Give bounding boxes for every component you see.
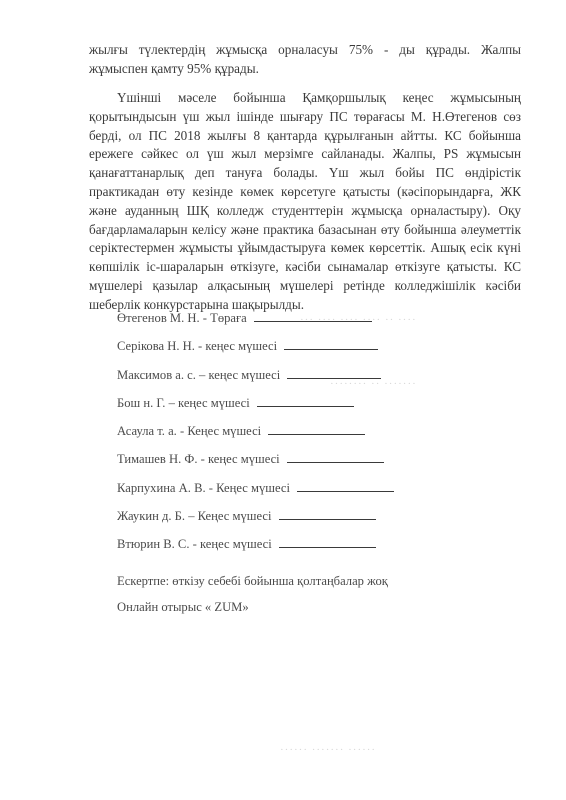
signature-row: Карпухина А. В. - Кеңес мүшесі	[117, 479, 394, 507]
signatory-name: Жаукин д. Б. – Кеңес мүшесі	[117, 509, 272, 523]
signature-list: Өтегенов М. Н. - Төраға Серікова Н. Н. -…	[117, 309, 394, 564]
scan-bleed-artifact: ······ ······· ······	[280, 744, 376, 756]
signatory-name: Серікова Н. Н. - кеңес мүшесі	[117, 339, 277, 353]
signatory-name: Өтегенов М. Н. - Төраға	[117, 311, 247, 325]
signature-row: Серікова Н. Н. - кеңес мүшесі	[117, 337, 394, 365]
paragraph-text: жылғы түлектердің жұмысқа орналасуы 75% …	[89, 42, 521, 76]
signatory-name: Асаула т. а. - Кеңес мүшесі	[117, 424, 261, 438]
signature-row: Жаукин д. Б. – Кеңес мүшесі	[117, 507, 394, 535]
signature-row: Втюрин В. С. - кеңес мүшесі	[117, 535, 394, 563]
signature-line	[297, 479, 394, 492]
signatory-name: Тимашев Н. Ф. - кеңес мүшесі	[117, 452, 280, 466]
signature-line	[268, 422, 365, 435]
paragraph-text: Үшінші мәселе бойынша Қамқоршылық кеңес …	[89, 90, 521, 312]
signatory-name: Максимов а. с. – кеңес мүшесі	[117, 368, 280, 382]
paragraph-employment-summary: жылғы түлектердің жұмысқа орналасуы 75% …	[89, 41, 521, 79]
meeting-format-note: Онлайн отырыс « ZUM»	[117, 600, 249, 615]
signature-line	[279, 507, 376, 520]
signature-row: Тимашев Н. Ф. - кеңес мүшесі	[117, 450, 394, 478]
signature-row: Бош н. Г. – кеңес мүшесі	[117, 394, 394, 422]
scan-bleed-artifact: ········ ·· ·······	[330, 378, 417, 390]
signature-line	[287, 450, 384, 463]
signature-line	[287, 366, 381, 379]
signatory-name: Бош н. Г. – кеңес мүшесі	[117, 396, 250, 410]
signature-line	[284, 337, 378, 350]
scan-bleed-artifact: ··· ···· ···· ···· ·· ····	[300, 314, 417, 326]
scanned-document-page: жылғы түлектердің жұмысқа орналасуы 75% …	[0, 0, 566, 800]
signatory-name: Карпухина А. В. - Кеңес мүшесі	[117, 481, 290, 495]
signature-line	[279, 535, 376, 548]
signature-line	[257, 394, 354, 407]
signature-row: Асаула т. а. - Кеңес мүшесі	[117, 422, 394, 450]
paragraph-board-report: Үшінші мәселе бойынша Қамқоршылық кеңес …	[89, 89, 521, 315]
signature-absence-note: Ескертпе: өткізу себебі бойынша қолтаңба…	[117, 574, 388, 589]
signatory-name: Втюрин В. С. - кеңес мүшесі	[117, 537, 272, 551]
